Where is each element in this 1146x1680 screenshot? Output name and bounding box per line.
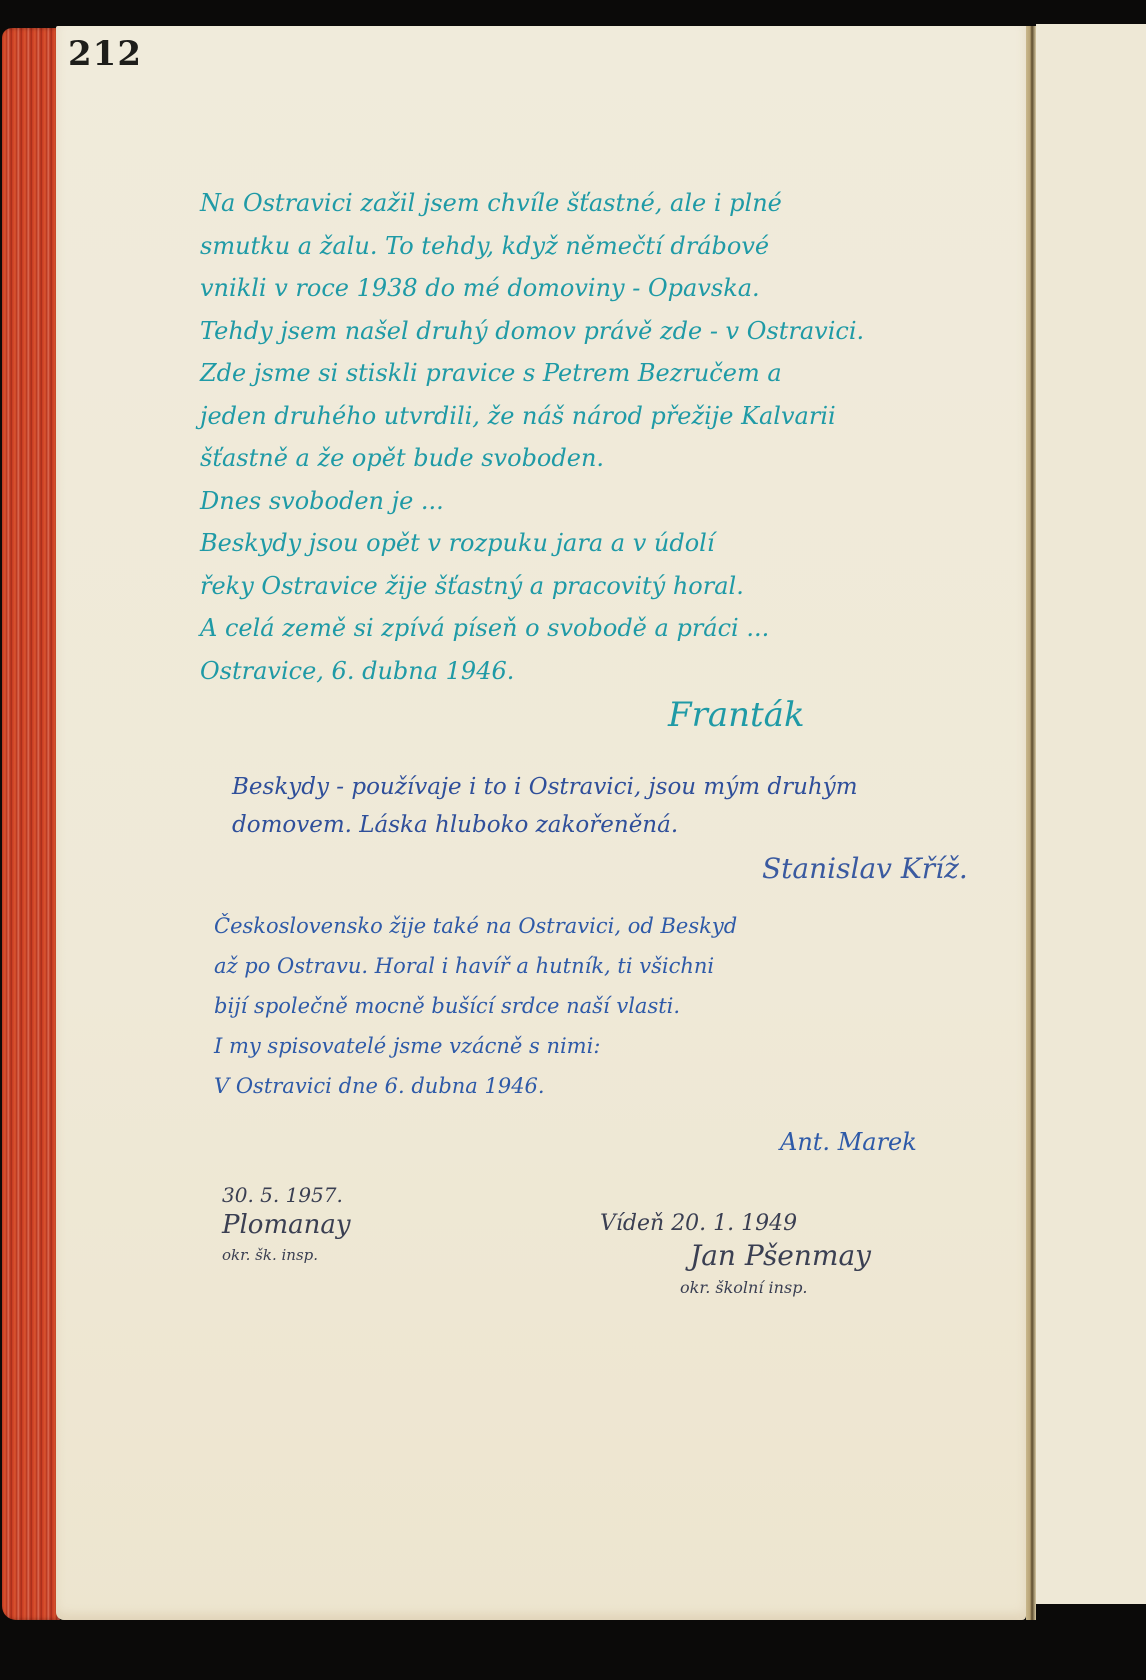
guestbook-entry-4: 30. 5. 1957. Plomanay okr. šk. insp. xyxy=(222,1180,351,1270)
entry-line: V Ostravici dne 6. dubna 1946. xyxy=(214,1066,737,1106)
book-gutter xyxy=(1026,26,1036,1620)
entry-line: šťastně a že opět bude svoboden. xyxy=(200,437,864,480)
guestbook-entry-2: Beskydy - používaje i to i Ostravici, js… xyxy=(232,768,858,844)
guestbook-entry-1: Na Ostravici zažil jsem chvíle šťastné, … xyxy=(200,182,864,692)
entry-line: Dnes svoboden je ... xyxy=(200,480,864,523)
entry-line: řeky Ostravice žije šťastný a pracovitý … xyxy=(200,565,864,608)
entry-line: vnikli v roce 1938 do mé domoviny - Opav… xyxy=(200,267,864,310)
entry-line: Na Ostravici zažil jsem chvíle šťastné, … xyxy=(200,182,864,225)
entry-line: domovem. Láska hluboko zakořeněná. xyxy=(232,806,858,844)
signature-entry-4: Plomanay xyxy=(222,1210,351,1240)
page-number: 212 xyxy=(68,34,142,74)
entry-line: smutku a žalu. To tehdy, když němečtí dr… xyxy=(200,225,864,268)
entry-date: Vídeň 20. 1. 1949 xyxy=(600,1208,871,1240)
right-page xyxy=(1036,24,1146,1604)
entry-date-line: Ostravice, 6. dubna 1946. xyxy=(200,650,864,693)
entry-line: Beskydy jsou opět v rozpuku jara a v údo… xyxy=(200,522,864,565)
book-page-edges xyxy=(2,28,60,1620)
signer-title: okr. šk. insp. xyxy=(222,1240,351,1270)
entry-line: až po Ostravu. Horal i havíř a hutník, t… xyxy=(214,946,737,986)
signature-entry-3: Ant. Marek xyxy=(780,1128,917,1156)
guestbook-entry-3: Československo žije také na Ostravici, o… xyxy=(214,906,737,1106)
entry-line: Zde jsme si stiskli pravice s Petrem Bez… xyxy=(200,352,864,395)
entry-line: Beskydy - používaje i to i Ostravici, js… xyxy=(232,768,858,806)
guestbook-entry-5: Vídeň 20. 1. 1949 Jan Pšenmay okr. školn… xyxy=(600,1208,871,1304)
signature-entry-1: Franták xyxy=(668,695,805,735)
entry-line: bijí společně mocně bušící srdce naší vl… xyxy=(214,986,737,1026)
entry-line: A celá země si zpívá píseň o svobodě a p… xyxy=(200,607,864,650)
signature-entry-2: Stanislav Kříž. xyxy=(762,852,968,885)
entry-line: Československo žije také na Ostravici, o… xyxy=(214,906,737,946)
signer-title: okr. školní insp. xyxy=(600,1272,871,1304)
entry-date: 30. 5. 1957. xyxy=(222,1180,351,1210)
signature-entry-5: Jan Pšenmay xyxy=(600,1240,871,1272)
entry-line: jeden druhého utvrdili, že náš národ pře… xyxy=(200,395,864,438)
entry-line: I my spisovatelé jsme vzácně s nimi: xyxy=(214,1026,737,1066)
entry-line: Tehdy jsem našel druhý domov právě zde -… xyxy=(200,310,864,353)
